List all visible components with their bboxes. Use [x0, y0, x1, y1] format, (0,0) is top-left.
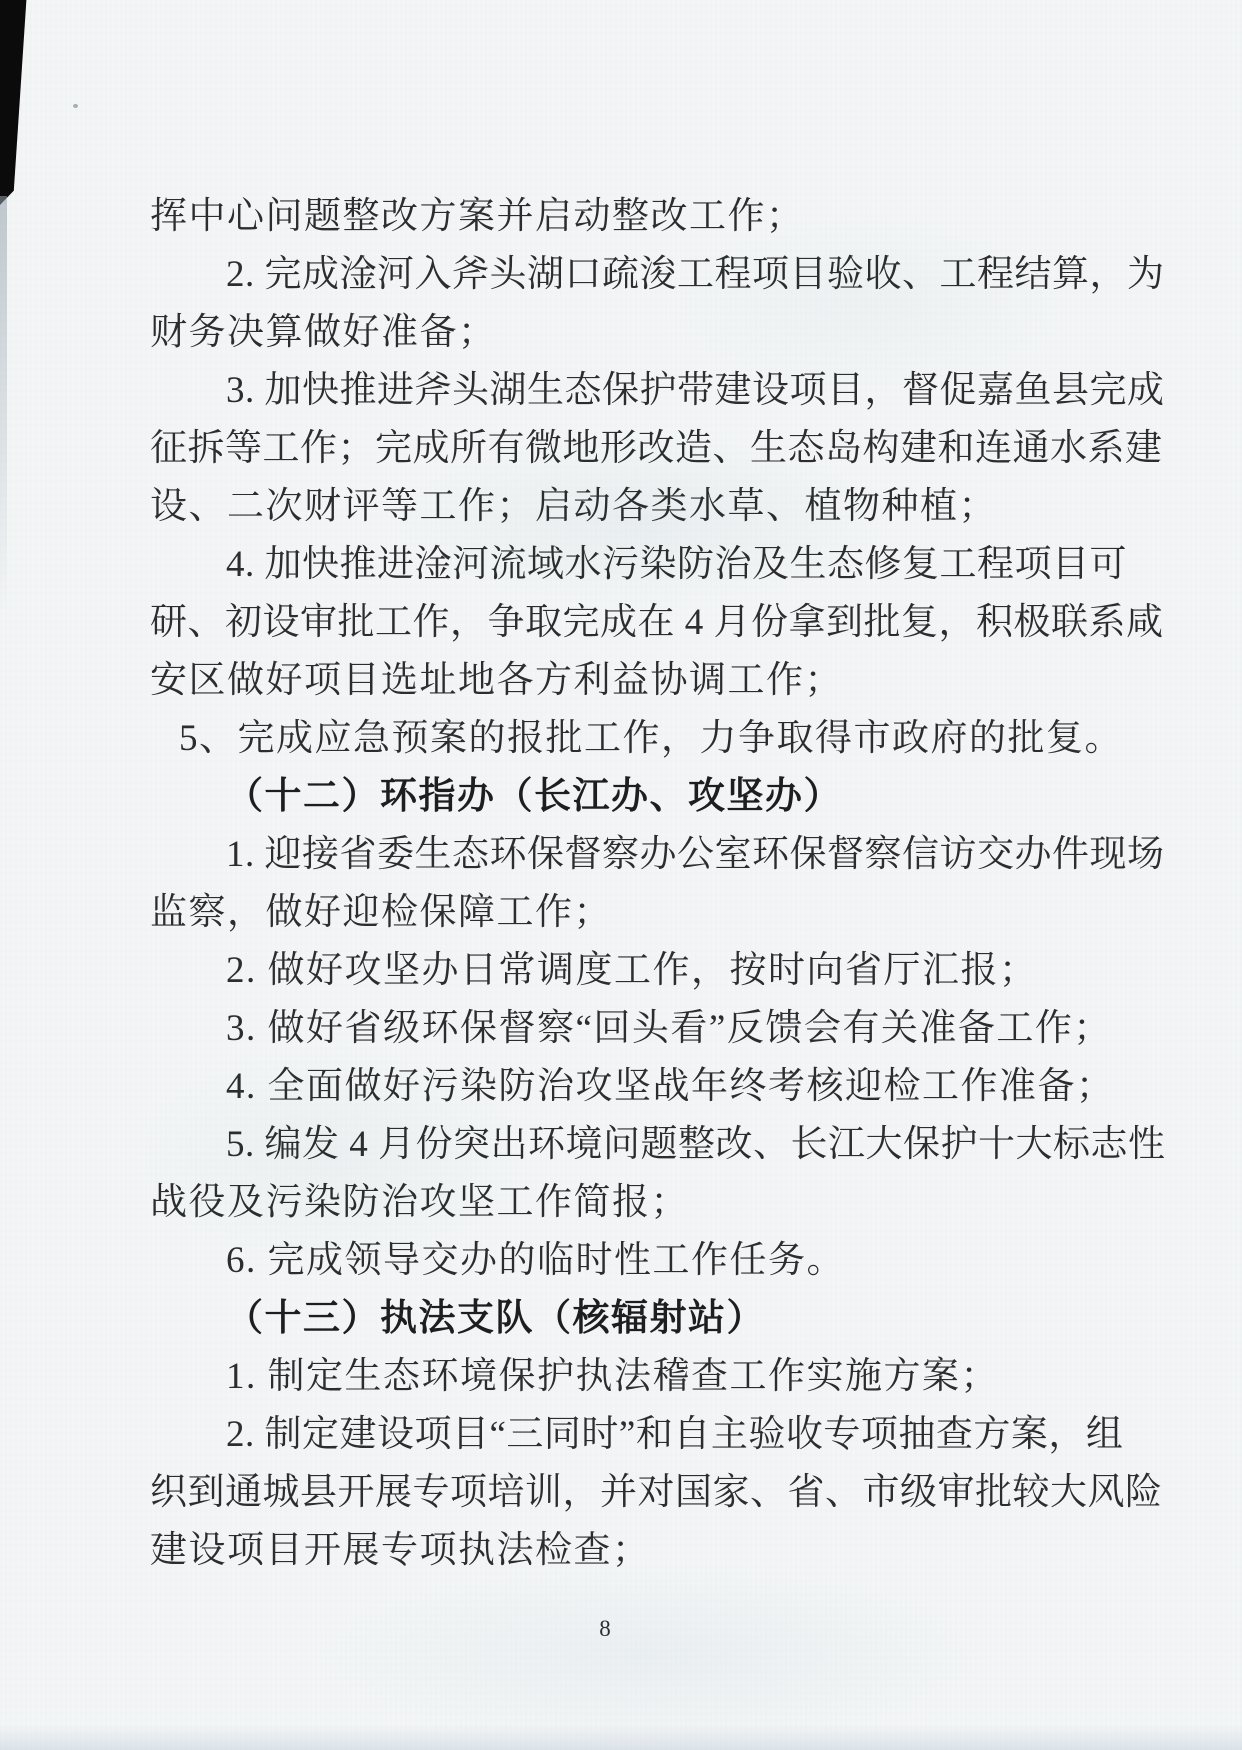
- text-line-15: 3. 做好省级环保督察“回头看”反馈会有关准备工作；: [150, 1000, 1096, 1058]
- text-line-20: （十三）执法支队（核辐射站）: [150, 1290, 1096, 1348]
- page-background: 挥中心问题整改方案并启动整改工作；2. 完成淦河入斧头湖口疏浚工程项目验收、工程…: [0, 0, 1242, 1750]
- text-line-1: 挥中心问题整改方案并启动整改工作；: [150, 188, 1096, 246]
- text-line-16: 4. 全面做好污染防治攻坚战年终考核迎检工作准备；: [150, 1058, 1096, 1116]
- text-line-18: 战役及污染防治攻坚工作简报；: [150, 1174, 1096, 1232]
- text-line-9: 安区做好项目选址地各方利益协调工作；: [150, 652, 1096, 710]
- text-line-21: 1. 制定生态环境保护执法稽查工作实施方案；: [150, 1348, 1096, 1406]
- black-corner-wedge-artifact: [0, 0, 30, 205]
- text-line-10: 5、完成应急预案的报批工作，力争取得市政府的批复。: [150, 710, 1096, 768]
- text-line-13: 监察，做好迎检保障工作；: [150, 884, 1096, 942]
- page-number-value: 8: [599, 1616, 611, 1641]
- text-line-14: 2. 做好攻坚办日常调度工作，按时向省厅汇报；: [150, 942, 1096, 1000]
- text-line-5: 征拆等工作；完成所有微地形改造、生态岛构建和连通水系建: [150, 420, 1096, 478]
- text-line-22: 2. 制定建设项目“三同时”和自主验收专项抽查方案，组: [150, 1406, 1096, 1464]
- text-line-19: 6. 完成领导交办的临时性工作任务。: [150, 1232, 1096, 1290]
- text-line-12: 1. 迎接省委生态环保督察办公室环保督察信访交办件现场: [150, 826, 1096, 884]
- text-line-17: 5. 编发 4 月份突出环境问题整改、长江大保护十大标志性: [150, 1116, 1096, 1174]
- text-line-2: 2. 完成淦河入斧头湖口疏浚工程项目验收、工程结算，为: [150, 246, 1096, 304]
- text-line-11: （十二）环指办（长江办、攻坚办）: [150, 768, 1096, 826]
- text-line-24: 建设项目开展专项执法检查；: [150, 1522, 1096, 1580]
- scan-speck: [73, 104, 78, 108]
- scan-blotch: [300, 1560, 1000, 1750]
- text-line-4: 3. 加快推进斧头湖生态保护带建设项目，督促嘉鱼县完成: [150, 362, 1096, 420]
- text-line-7: 4. 加快推进淦河流域水污染防治及生态修复工程项目可: [150, 536, 1096, 594]
- text-line-3: 财务决算做好准备；: [150, 304, 1096, 362]
- bottom-edge-shadow: [0, 1724, 1242, 1750]
- text-line-8: 研、初设审批工作，争取完成在 4 月份拿到批复，积极联系咸: [150, 594, 1096, 652]
- page-number: 8: [0, 1616, 1210, 1642]
- text-line-6: 设、二次财评等工作；启动各类水草、植物种植；: [150, 478, 1096, 536]
- left-edge-shadow: [0, 196, 7, 616]
- scanned-document-page: { "page": { "number": "8", "background_c…: [0, 0, 1242, 1750]
- text-lines: 挥中心问题整改方案并启动整改工作；2. 完成淦河入斧头湖口疏浚工程项目验收、工程…: [150, 188, 1096, 1580]
- text-line-23: 织到通城县开展专项培训，并对国家、省、市级审批较大风险: [150, 1464, 1096, 1522]
